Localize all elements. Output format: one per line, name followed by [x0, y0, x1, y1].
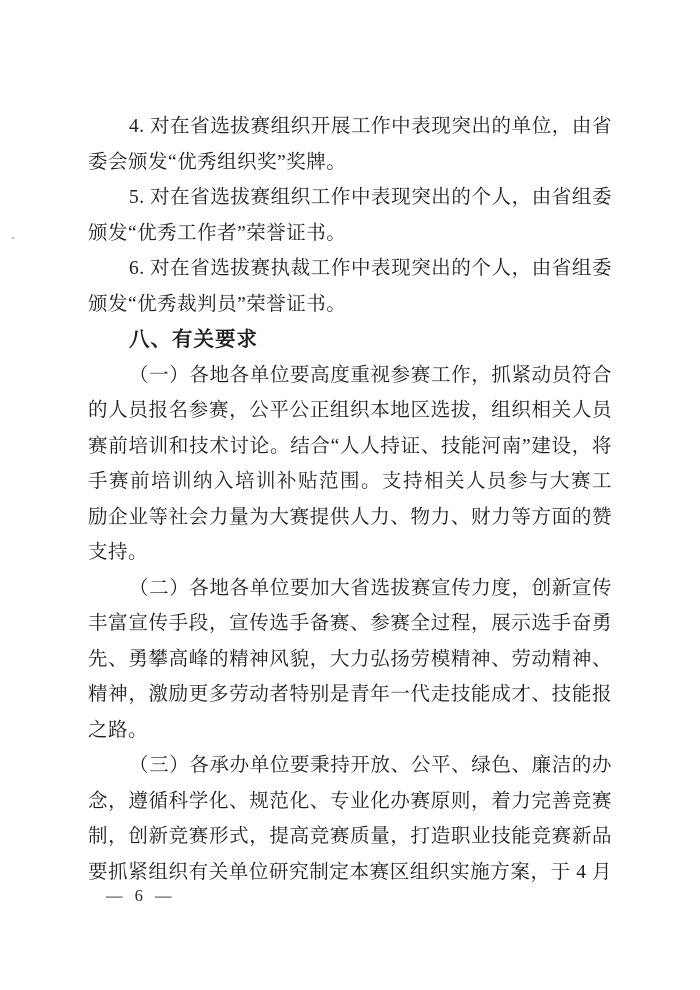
body-line: （二）各地各单位要加大省选拔赛宣传力度，创新宣传方式，	[88, 571, 612, 607]
body-line: 先、勇攀高峰的精神风貌，大力弘扬劳模精神、劳动精神、工匠	[88, 642, 612, 678]
body-line: 制，创新竞赛形式，提高竞赛质量，打造职业技能竞赛新品牌，	[88, 819, 612, 855]
section-heading: 八、有关要求	[88, 322, 612, 358]
body-line: 的人员报名参赛，公平公正组织本地区选拔，组织相关人员参加	[88, 393, 612, 429]
scan-artifact	[11, 237, 15, 239]
body-line: （三）各承办单位要秉持开放、公平、绿色、廉洁的办赛理	[88, 748, 612, 784]
body-line: 5. 对在省选拔赛组织工作中表现突出的个人，由省组委会	[88, 180, 612, 216]
body-line: 手赛前培训纳入培训补贴范围。支持相关人员参与大赛工作。鼓	[88, 464, 612, 500]
body-line: 颁发“优秀工作者”荣誉证书。	[88, 216, 612, 252]
body-line: 励企业等社会力量为大赛提供人力、物力、财力等方面的赞助和	[88, 500, 612, 536]
body-line: 委会颁发“优秀组织奖”奖牌。	[88, 145, 612, 181]
body-line: 颁发“优秀裁判员”荣誉证书。	[88, 287, 612, 323]
body-line: （一）各地各单位要高度重视参赛工作，抓紧动员符合条件	[88, 358, 612, 394]
body-line: 念，遵循科学化、规范化、专业化办赛原则，着力完善竞赛机	[88, 784, 612, 820]
page-number: — 6 —	[106, 886, 176, 906]
body-line: 丰富宣传手段，宣传选手备赛、参赛全过程，展示选手奋勇争	[88, 606, 612, 642]
body-line: 6. 对在省选拔赛执裁工作中表现突出的个人，由省组委会	[88, 251, 612, 287]
body-line: 精神，激励更多劳动者特别是青年一代走技能成才、技能报国	[88, 677, 612, 713]
body-line: 支持。	[88, 535, 612, 571]
body-line: 要抓紧组织有关单位研究制定本赛区组织实施方案，于 4 月 20	[88, 855, 612, 891]
document-body: 4. 对在省选拔赛组织开展工作中表现突出的单位，由省组 委会颁发“优秀组织奖”奖…	[88, 109, 612, 890]
body-line: 之路。	[88, 713, 612, 749]
document-page: 4. 对在省选拔赛组织开展工作中表现突出的单位，由省组 委会颁发“优秀组织奖”奖…	[0, 0, 700, 990]
body-line: 赛前培训和技术讨论。结合“人人持证、技能河南”建设，将选	[88, 429, 612, 465]
body-line: 4. 对在省选拔赛组织开展工作中表现突出的单位，由省组	[88, 109, 612, 145]
